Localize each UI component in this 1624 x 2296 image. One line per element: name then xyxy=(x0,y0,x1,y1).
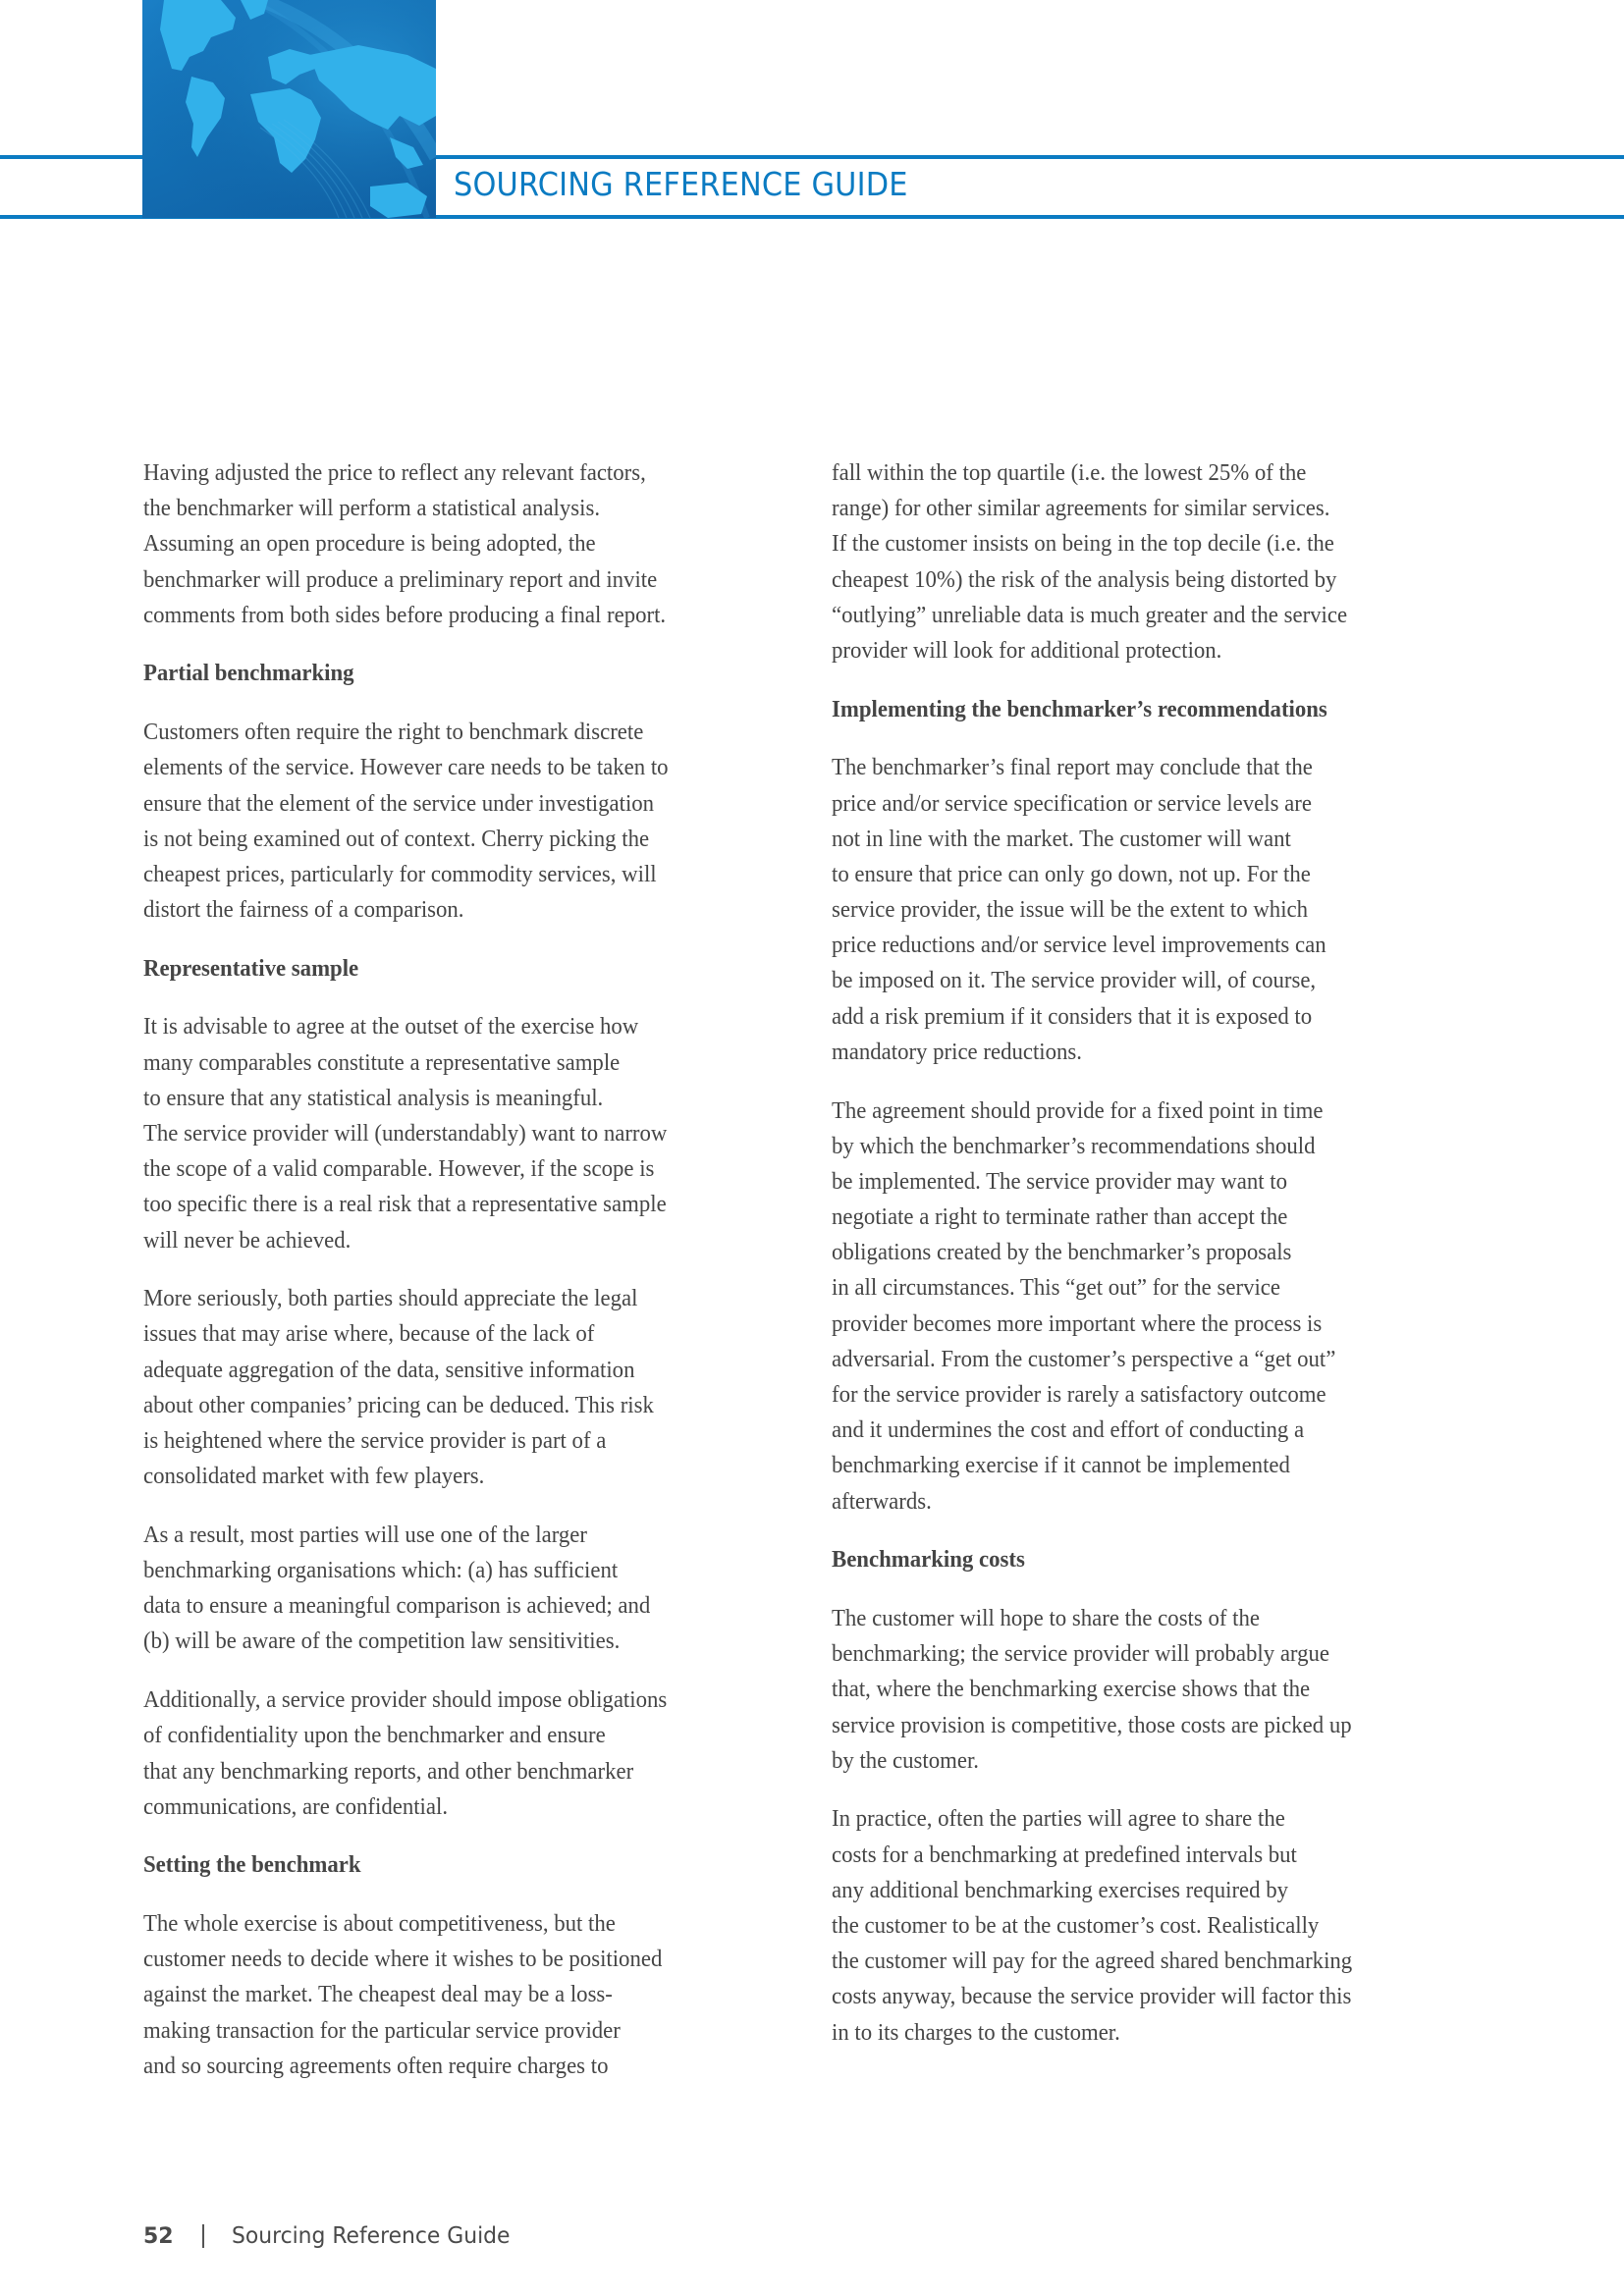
paragraph: As a result, most parties will use one o… xyxy=(143,1518,811,1660)
paragraph-line: the customer to be at the customer’s cos… xyxy=(832,1908,1452,1944)
paragraph-line: The whole exercise is about competitiven… xyxy=(143,1906,764,1942)
paragraph-line: obligations created by the benchmarker’s… xyxy=(832,1235,1452,1270)
paragraph-line: negotiate a right to terminate rather th… xyxy=(832,1200,1452,1235)
paragraph-line: cheapest prices, particularly for commod… xyxy=(143,857,764,892)
paragraph-line: by which the benchmarker’s recommendatio… xyxy=(832,1129,1452,1164)
paragraph-line: be implemented. The service provider may… xyxy=(832,1164,1452,1200)
paragraph-line: customer needs to decide where it wishes… xyxy=(143,1942,764,1977)
section-heading: Implementing the benchmarker’s recommend… xyxy=(832,692,1499,727)
paragraph-line: about other companies’ pricing can be de… xyxy=(143,1388,764,1423)
paragraph-line: benchmarking organisations which: (a) ha… xyxy=(143,1553,764,1588)
paragraph-line: fall within the top quartile (i.e. the l… xyxy=(832,455,1452,491)
paragraph-line: range) for other similar agreements for … xyxy=(832,491,1452,526)
paragraph: The customer will hope to share the cost… xyxy=(832,1601,1499,1779)
paragraph-line: will never be achieved. xyxy=(143,1223,764,1258)
paragraph-line: Assuming an open procedure is being adop… xyxy=(143,526,764,561)
paragraph: The benchmarker’s final report may concl… xyxy=(832,750,1499,1070)
section-heading: Setting the benchmark xyxy=(143,1847,811,1883)
footer-title: Sourcing Reference Guide xyxy=(232,2223,510,2249)
paragraph-line: to ensure that any statistical analysis … xyxy=(143,1081,764,1116)
paragraph-line: ensure that the element of the service u… xyxy=(143,786,764,822)
paragraph-line: in to its charges to the customer. xyxy=(832,2015,1452,2051)
paragraph-line: benchmarker will produce a preliminary r… xyxy=(143,562,764,598)
paragraph-line: distort the fairness of a comparison. xyxy=(143,892,764,928)
paragraph: More seriously, both parties should appr… xyxy=(143,1281,811,1494)
paragraph-line: that any benchmarking reports, and other… xyxy=(143,1754,764,1789)
heading-text: Benchmarking costs xyxy=(832,1542,1452,1577)
world-map-icon xyxy=(142,0,436,218)
paragraph-line: As a result, most parties will use one o… xyxy=(143,1518,764,1553)
paragraph-line: More seriously, both parties should appr… xyxy=(143,1281,764,1316)
left-column: Having adjusted the price to reflect any… xyxy=(143,455,811,2108)
paragraph-line: to ensure that price can only go down, n… xyxy=(832,857,1452,892)
paragraph-line: “outlying” unreliable data is much great… xyxy=(832,598,1452,633)
paragraph-line: and so sourcing agreements often require… xyxy=(143,2049,764,2084)
paragraph-line: be imposed on it. The service provider w… xyxy=(832,963,1452,998)
paragraph-line: price and/or service specification or se… xyxy=(832,786,1452,822)
page-number: 52 xyxy=(143,2224,174,2249)
paragraph-line: price reductions and/or service level im… xyxy=(832,928,1452,963)
paragraph-line: Customers often require the right to ben… xyxy=(143,715,764,750)
paragraph-line: adequate aggregation of the data, sensit… xyxy=(143,1353,764,1388)
paragraph-line: service provision is competitive, those … xyxy=(832,1708,1452,1743)
paragraph-line: by the customer. xyxy=(832,1743,1452,1779)
paragraph-line: is not being examined out of context. Ch… xyxy=(143,822,764,857)
paragraph: The agreement should provide for a fixed… xyxy=(832,1094,1499,1520)
paragraph-line: benchmarking; the service provider will … xyxy=(832,1636,1452,1672)
heading-text: Implementing the benchmarker’s recommend… xyxy=(832,692,1452,727)
paragraph-line: Additionally, a service provider should … xyxy=(143,1682,764,1718)
paragraph: Having adjusted the price to reflect any… xyxy=(143,455,811,633)
paragraph-line: the benchmarker will perform a statistic… xyxy=(143,491,764,526)
paragraph-line: too specific there is a real risk that a… xyxy=(143,1187,764,1222)
paragraph: It is advisable to agree at the outset o… xyxy=(143,1009,811,1257)
paragraph-line: In practice, often the parties will agre… xyxy=(832,1801,1452,1837)
paragraph-line: The service provider will (understandabl… xyxy=(143,1116,764,1151)
paragraph: The whole exercise is about competitiven… xyxy=(143,1906,811,2084)
paragraph-line: the scope of a valid comparable. However… xyxy=(143,1151,764,1187)
paragraph-line: making transaction for the particular se… xyxy=(143,2013,764,2049)
paragraph-line: The benchmarker’s final report may concl… xyxy=(832,750,1452,785)
page-title: SOURCING REFERENCE GUIDE xyxy=(454,165,908,204)
paragraph-line: is heightened where the service provider… xyxy=(143,1423,764,1459)
paragraph-line: The customer will hope to share the cost… xyxy=(832,1601,1452,1636)
paragraph-line: Having adjusted the price to reflect any… xyxy=(143,455,764,491)
paragraph-line: cheapest 10%) the risk of the analysis b… xyxy=(832,562,1452,598)
paragraph-line: for the service provider is rarely a sat… xyxy=(832,1377,1452,1413)
paragraph-line: many comparables constitute a representa… xyxy=(143,1045,764,1081)
heading-text: Partial benchmarking xyxy=(143,656,764,691)
section-heading: Partial benchmarking xyxy=(143,656,811,691)
paragraph-line: adversarial. From the customer’s perspec… xyxy=(832,1342,1452,1377)
paragraph-line: (b) will be aware of the competition law… xyxy=(143,1624,764,1659)
paragraph-line: costs anyway, because the service provid… xyxy=(832,1979,1452,2014)
paragraph-line: benchmarking exercise if it cannot be im… xyxy=(832,1448,1452,1483)
paragraph-line: data to ensure a meaningful comparison i… xyxy=(143,1588,764,1624)
paragraph-line: issues that may arise where, because of … xyxy=(143,1316,764,1352)
paragraph-line: provider will look for additional protec… xyxy=(832,633,1452,668)
section-heading: Representative sample xyxy=(143,951,811,987)
paragraph-line: The agreement should provide for a fixed… xyxy=(832,1094,1452,1129)
paragraph-line: elements of the service. However care ne… xyxy=(143,750,764,785)
paragraph: Additionally, a service provider should … xyxy=(143,1682,811,1825)
paragraph-line: service provider, the issue will be the … xyxy=(832,892,1452,928)
paragraph: In practice, often the parties will agre… xyxy=(832,1801,1499,2050)
footer-separator xyxy=(202,2224,204,2248)
paragraph-line: that, where the benchmarking exercise sh… xyxy=(832,1672,1452,1707)
paragraph-line: add a risk premium if it considers that … xyxy=(832,999,1452,1035)
paragraph-line: It is advisable to agree at the outset o… xyxy=(143,1009,764,1044)
paragraph-line: comments from both sides before producin… xyxy=(143,598,764,633)
paragraph-line: the customer will pay for the agreed sha… xyxy=(832,1944,1452,1979)
paragraph-line: costs for a benchmarking at predefined i… xyxy=(832,1838,1452,1873)
paragraph: Customers often require the right to ben… xyxy=(143,715,811,928)
heading-text: Representative sample xyxy=(143,951,764,987)
right-column: fall within the top quartile (i.e. the l… xyxy=(832,455,1499,2073)
paragraph-line: not in line with the market. The custome… xyxy=(832,822,1452,857)
section-heading: Benchmarking costs xyxy=(832,1542,1499,1577)
heading-text: Setting the benchmark xyxy=(143,1847,764,1883)
paragraph-line: of confidentiality upon the benchmarker … xyxy=(143,1718,764,1753)
page-footer: 52 Sourcing Reference Guide xyxy=(143,2219,524,2253)
paragraph-line: consolidated market with few players. xyxy=(143,1459,764,1494)
paragraph-line: in all circumstances. This “get out” for… xyxy=(832,1270,1452,1306)
world-map-banner-image xyxy=(142,0,436,218)
paragraph-line: against the market. The cheapest deal ma… xyxy=(143,1977,764,2012)
paragraph: fall within the top quartile (i.e. the l… xyxy=(832,455,1499,668)
paragraph-line: If the customer insists on being in the … xyxy=(832,526,1452,561)
paragraph-line: and it undermines the cost and effort of… xyxy=(832,1413,1452,1448)
paragraph-line: any additional benchmarking exercises re… xyxy=(832,1873,1452,1908)
paragraph-line: communications, are confidential. xyxy=(143,1789,764,1825)
paragraph-line: mandatory price reductions. xyxy=(832,1035,1452,1070)
paragraph-line: provider becomes more important where th… xyxy=(832,1307,1452,1342)
paragraph-line: afterwards. xyxy=(832,1484,1452,1520)
